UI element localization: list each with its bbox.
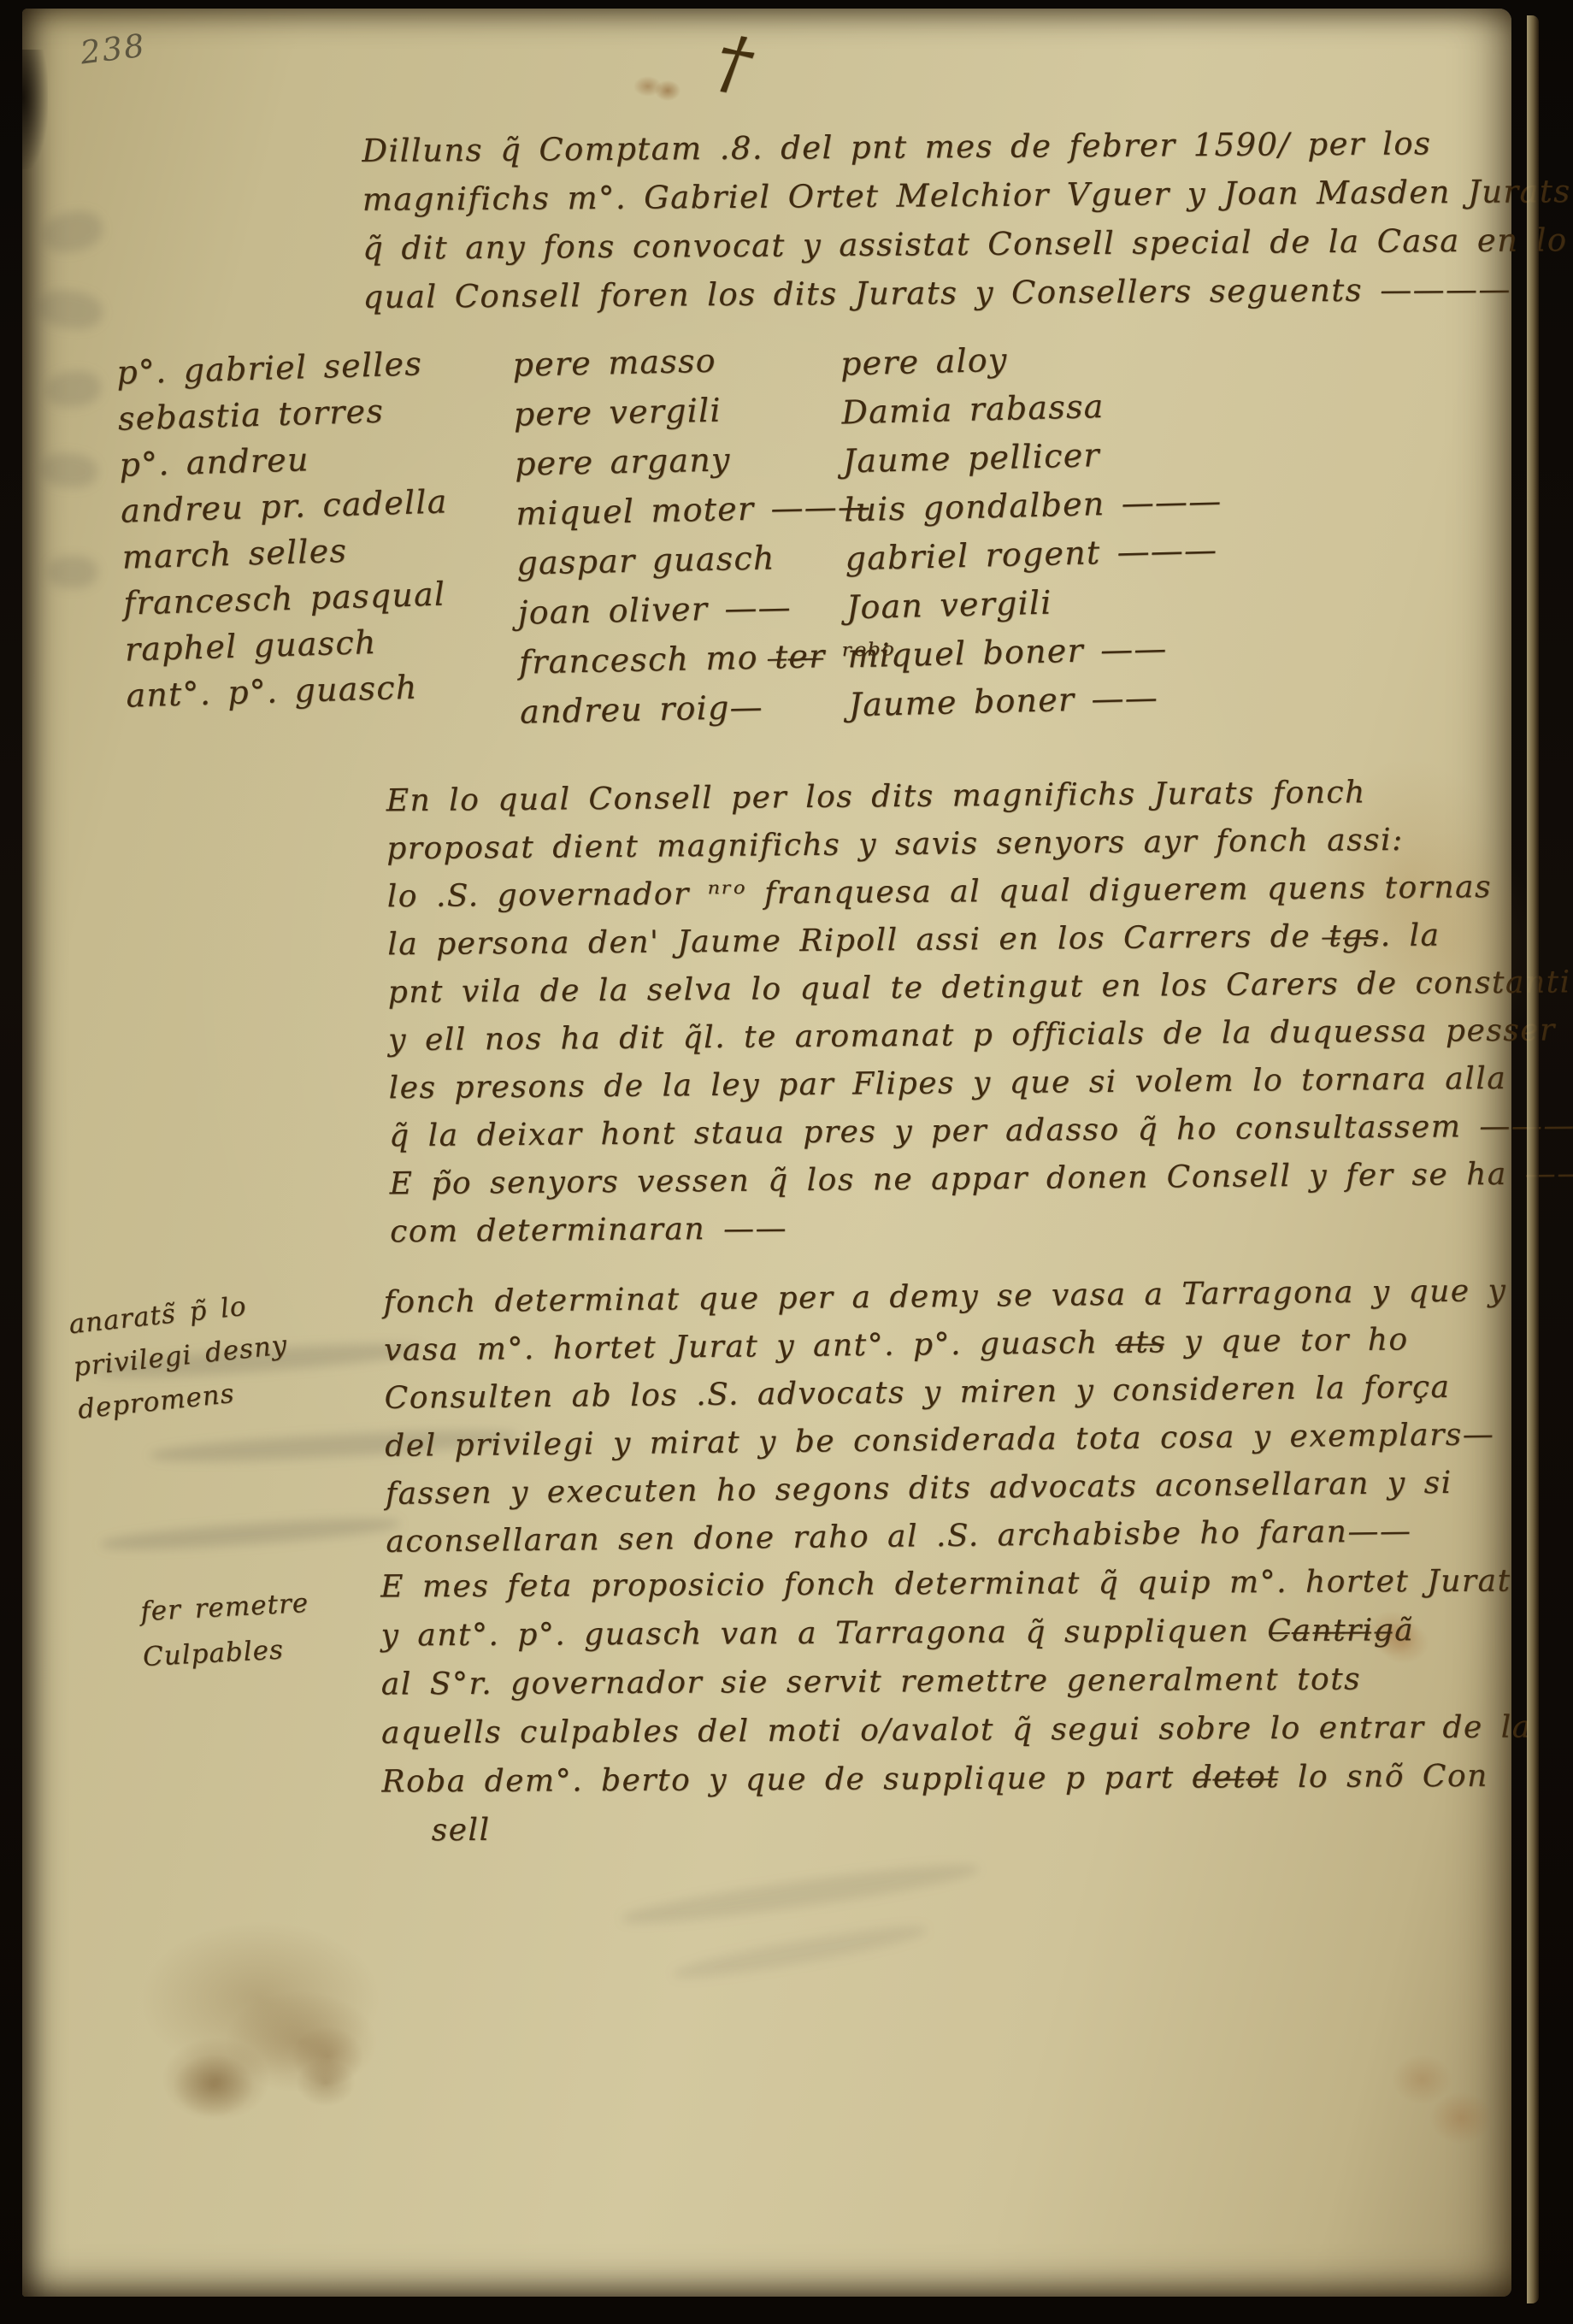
attendee-name: pere masso (512, 338, 890, 395)
margin-note-culpables: fer remetre Culpables (139, 1588, 312, 1687)
margin-note-privilege: anarats̃ p̃ lo privilegi desny depromens (68, 1287, 295, 1436)
spine-shadow (22, 50, 48, 169)
attendee-column-3: pere aloy Damia rabassa Jaume pellicer l… (840, 336, 1227, 735)
margin-note-line: Culpables (142, 1633, 313, 1687)
stain (1429, 2091, 1493, 2144)
verso-showthrough-smudge (48, 556, 97, 588)
manuscript-page: 238 † Dilluns q̃ Comptam .8. del pnt mes… (22, 9, 1511, 2297)
stain (296, 2059, 356, 2107)
paragraph-remission-request: E mes feta proposicio fonch determinat q… (380, 1563, 1532, 1861)
verso-showthrough-smudge (39, 451, 98, 490)
attendee-name: miquel moter ——— (515, 487, 893, 544)
stain (655, 80, 680, 101)
attendee-name: Jaume boner —— (848, 677, 1227, 735)
attendee-name: joan oliver —— (517, 586, 895, 643)
verso-showthrough-line (621, 1856, 980, 1932)
paragraph-resolution-tarragona: fonch determinat que per a demy se vasa … (383, 1273, 1509, 1572)
paragraph-line: E mes feta proposicio fonch determinat q… (380, 1563, 1531, 1618)
stain (173, 2054, 255, 2117)
verso-showthrough-line (672, 1919, 928, 1985)
attendee-name: gaspar guasch (516, 536, 894, 593)
paragraph-line: com determinaran —— (390, 1204, 1573, 1263)
paragraph-line: al S°r. governador sie servit remettre g… (381, 1660, 1532, 1715)
attendee-column-1: p°. gabriel selles sebastia torres p°. a… (116, 344, 454, 723)
photo-frame: 238 † Dilluns q̃ Comptam .8. del pnt mes… (0, 0, 1573, 2324)
invocation-cross-mark: † (710, 20, 758, 106)
verso-showthrough-smudge (39, 206, 106, 257)
verso-showthrough-line (101, 1513, 401, 1554)
header-line: q̃ dit any fons convocat y assistat Cons… (362, 221, 1571, 279)
attendee-name: pere vergili (513, 387, 891, 445)
attendee-name: francesch mo t̶e̶r̶ ʳᵉᵇᵒ (518, 635, 896, 693)
verso-showthrough-smudge (44, 369, 103, 410)
header-line: qual Consell foren los dits Jurats y Con… (362, 270, 1571, 327)
session-header: Dilluns q̃ Comptam .8. del pnt mes de fe… (362, 124, 1571, 327)
attendee-name: andreu roig— (520, 685, 898, 742)
attendee-name: ant°. p°. guasch (126, 667, 454, 723)
paragraph-proposal: En lo qual Consell per los dits magnific… (386, 773, 1573, 1263)
paragraph-line: y ant°. p°. guasch van a Tarragona q̃ su… (380, 1612, 1531, 1666)
header-line: Dilluns q̃ Comptam .8. del pnt mes de fe… (362, 124, 1570, 181)
verso-showthrough-smudge (35, 286, 104, 333)
paragraph-line: sell (382, 1807, 1533, 1861)
page-edge (1527, 15, 1539, 2303)
paragraph-line: aquells culpables del moti o/avalot q̃ s… (381, 1709, 1532, 1764)
header-line: magnifichs m°. Gabriel Ortet Melchior Vg… (362, 173, 1571, 230)
folio-number: 238 (79, 27, 148, 71)
attendee-name: pere argany (515, 437, 893, 494)
attendee-column-2: pere masso pere vergili pere argany miqu… (512, 338, 897, 742)
paragraph-line: Roba dem°. berto y que de supplique p pa… (381, 1758, 1532, 1813)
